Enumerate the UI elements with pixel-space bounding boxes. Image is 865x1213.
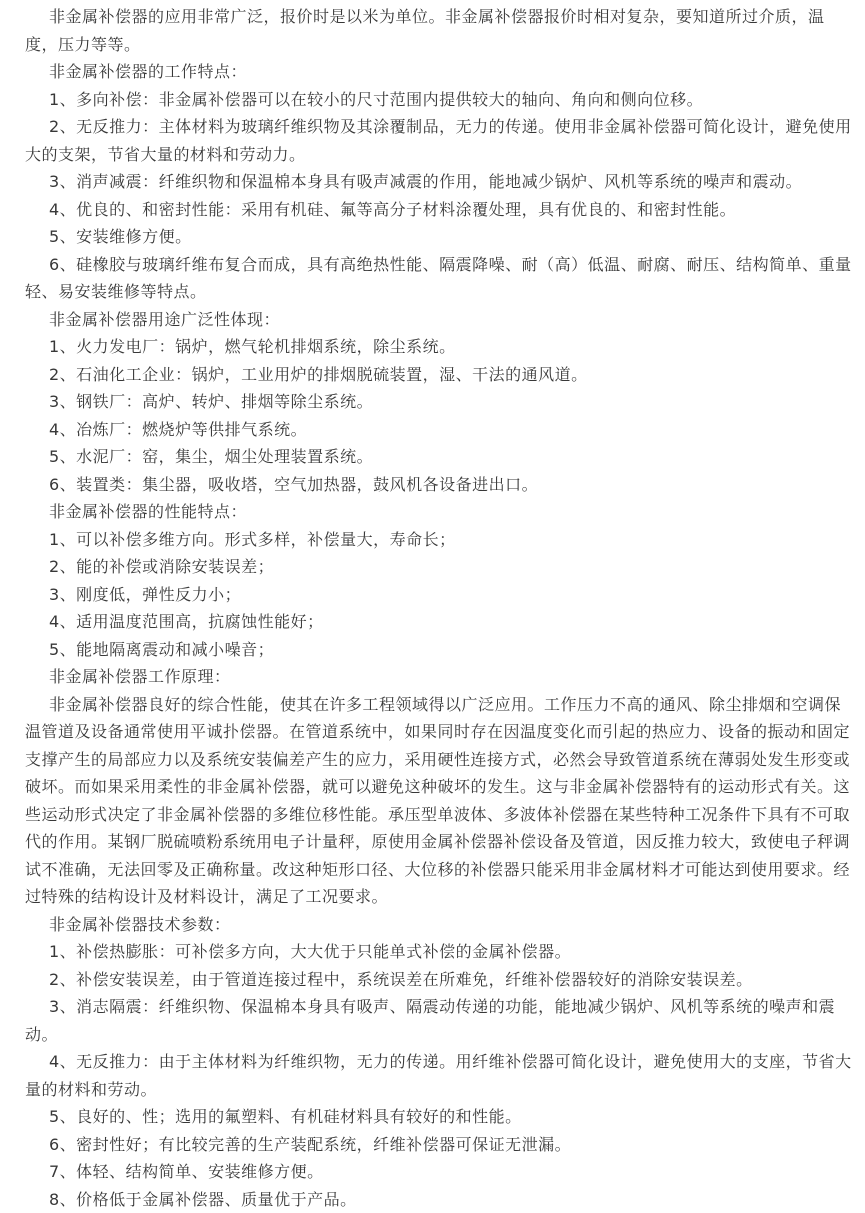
section-technical-params: 非金属补偿器技术参数： 1、补偿热膨胀：可补偿多方向，大大优于只能单式补偿的金属…: [25, 911, 852, 1213]
section-performance: 非金属补偿器的性能特点： 1、可以补偿多维方向。形式多样，补偿量大，寿命长； 2…: [25, 498, 852, 663]
working-principle-paragraph: 非金属补偿器良好的综合性能，使其在许多工程领域得以广泛应用。工作压力不高的通风、…: [25, 691, 852, 911]
work-feature-item: 4、优良的、和密封性能：采用有机硅、氟等高分子材料涂覆处理，具有优良的、和密封性…: [25, 196, 852, 224]
document-body: 非金属补偿器的应用非常广泛，报价时是以米为单位。非金属补偿器报价时相对复杂，要知…: [25, 3, 852, 1213]
section-heading-performance: 非金属补偿器的性能特点：: [25, 498, 852, 526]
application-item: 4、冶炼厂：燃烧炉等供排气系统。: [25, 416, 852, 444]
section-heading-applications: 非金属补偿器用途广泛性体现：: [25, 306, 852, 334]
work-feature-item: 5、安装维修方便。: [25, 223, 852, 251]
application-item: 3、钢铁厂：高炉、转炉、排烟等除尘系统。: [25, 388, 852, 416]
section-work-features: 非金属补偿器的工作特点： 1、多向补偿：非金属补偿器可以在较小的尺寸范围内提供较…: [25, 58, 852, 306]
section-working-principle: 非金属补偿器工作原理： 非金属补偿器良好的综合性能，使其在许多工程领域得以广泛应…: [25, 663, 852, 911]
performance-item: 5、能地隔离震动和减小噪音；: [25, 636, 852, 664]
section-applications: 非金属补偿器用途广泛性体现： 1、火力发电厂：锅炉，燃气轮机排烟系统，除尘系统。…: [25, 306, 852, 499]
performance-item: 4、适用温度范围高，抗腐蚀性能好；: [25, 608, 852, 636]
technical-param-item: 6、密封性好；有比较完善的生产装配系统，纤维补偿器可保证无泄漏。: [25, 1131, 852, 1159]
technical-param-item: 3、消志隔震：纤维织物、保温棉本身具有吸声、隔震动传递的功能，能地减少锅炉、风机…: [25, 993, 852, 1048]
work-feature-item: 1、多向补偿：非金属补偿器可以在较小的尺寸范围内提供较大的轴向、角向和侧向位移。: [25, 86, 852, 114]
work-feature-item: 3、消声减震：纤维织物和保温棉本身具有吸声减震的作用，能地减少锅炉、风机等系统的…: [25, 168, 852, 196]
application-item: 6、装置类：集尘器，吸收塔，空气加热器，鼓风机各设备进出口。: [25, 471, 852, 499]
technical-param-item: 4、无反推力：由于主体材料为纤维织物，无力的传递。用纤维补偿器可简化设计，避免使…: [25, 1048, 852, 1103]
technical-param-item: 5、良好的、性；选用的氟塑料、有机硅材料具有较好的和性能。: [25, 1103, 852, 1131]
performance-item: 2、能的补偿或消除安装误差；: [25, 553, 852, 581]
section-heading-work-features: 非金属补偿器的工作特点：: [25, 58, 852, 86]
performance-item: 1、可以补偿多维方向。形式多样，补偿量大，寿命长；: [25, 526, 852, 554]
technical-param-item: 2、补偿安装误差，由于管道连接过程中，系统误差在所难免，纤维补偿器较好的消除安装…: [25, 966, 852, 994]
section-heading-technical-params: 非金属补偿器技术参数：: [25, 911, 852, 939]
work-feature-item: 2、无反推力：主体材料为玻璃纤维织物及其涂覆制品，无力的传递。使用非金属补偿器可…: [25, 113, 852, 168]
application-item: 2、石油化工企业：锅炉，工业用炉的排烟脱硫装置，湿、干法的通风道。: [25, 361, 852, 389]
intro-paragraph: 非金属补偿器的应用非常广泛，报价时是以米为单位。非金属补偿器报价时相对复杂，要知…: [25, 3, 852, 58]
section-heading-working-principle: 非金属补偿器工作原理：: [25, 663, 852, 691]
performance-item: 3、刚度低，弹性反力小；: [25, 581, 852, 609]
technical-param-item: 1、补偿热膨胀：可补偿多方向，大大优于只能单式补偿的金属补偿器。: [25, 938, 852, 966]
document-page: 非金属补偿器的应用非常广泛，报价时是以米为单位。非金属补偿器报价时相对复杂，要知…: [0, 0, 865, 1213]
work-feature-item: 6、硅橡胶与玻璃纤维布复合而成，具有高绝热性能、隔震降噪、耐（高）低温、耐腐、耐…: [25, 251, 852, 306]
application-item: 5、水泥厂：窑，集尘，烟尘处理装置系统。: [25, 443, 852, 471]
technical-param-item: 7、体轻、结构简单、安装维修方便。: [25, 1158, 852, 1186]
application-item: 1、火力发电厂：锅炉，燃气轮机排烟系统，除尘系统。: [25, 333, 852, 361]
